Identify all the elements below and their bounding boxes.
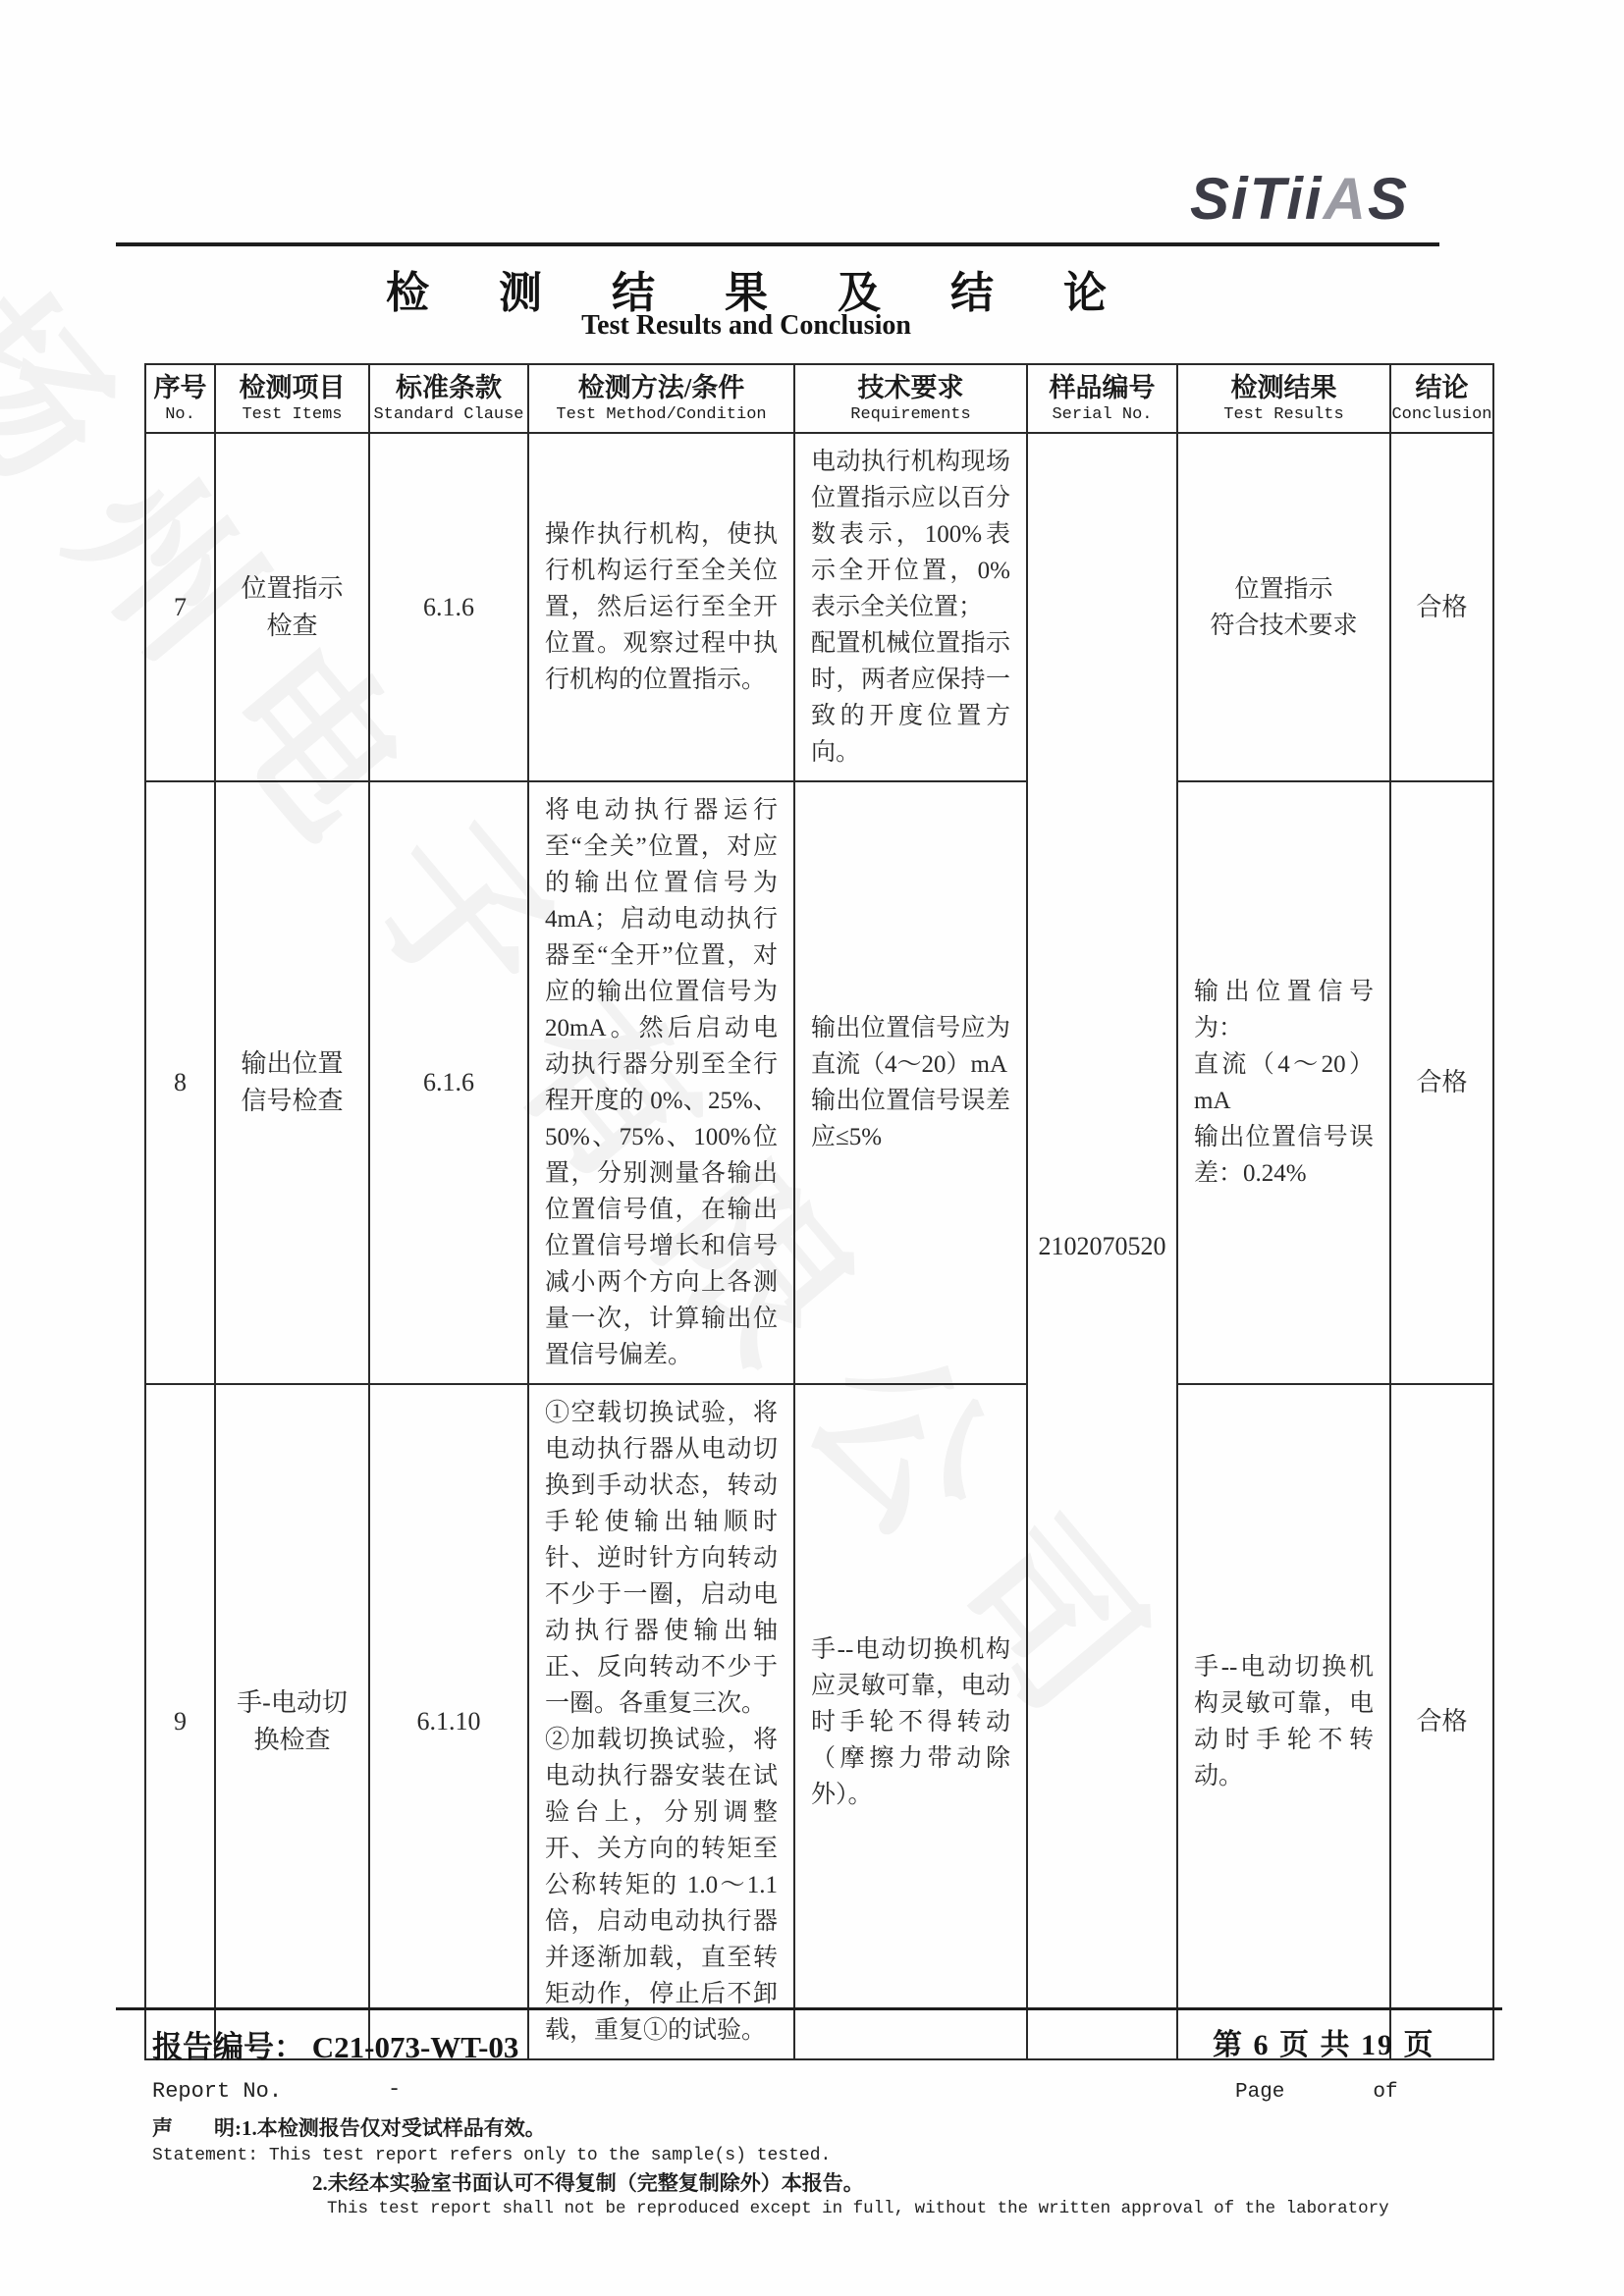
report-page: 扬州电子有限公司 SiTiiAS 检 测 结 果 及 结 论 Test Resu…: [0, 0, 1624, 2296]
table-header-row: 序号 No. 检测项目 Test Items 标准条款 Standard Cla…: [145, 364, 1493, 433]
logo-text-part2: S: [1368, 166, 1409, 232]
report-number: 报告编号： C21-073-WT-03: [152, 2022, 518, 2066]
statement-en-line1: Statement: This test report refers only …: [152, 2146, 831, 2165]
row9-requirements: 手--电动切换机构应灵敏可靠，电动时手轮不得转动（摩擦力带动除外）。: [794, 1384, 1027, 2059]
test-results-table: 序号 No. 检测项目 Test Items 标准条款 Standard Cla…: [144, 363, 1494, 2060]
sitiias-logo: SiTiiAS: [1190, 165, 1409, 233]
logo-text-accent: A: [1324, 166, 1368, 232]
row9-test-item: 手-电动切 换检查: [215, 1384, 369, 2059]
col-header-serial: 样品编号 Serial No.: [1027, 364, 1177, 433]
row7-requirements: 电动执行机构现场位置指示应以百分数表示，100%表示全开位置，0%表示全关位置；…: [794, 433, 1027, 781]
footer-divider: [116, 2007, 1502, 2010]
col-header-conclusion-cn: 结论: [1391, 371, 1492, 404]
row7-conclusion: 合格: [1390, 433, 1493, 781]
page-title-en: Test Results and Conclusion: [0, 310, 1492, 342]
row7-test-item: 位置指示 检查: [215, 433, 369, 781]
col-header-method-cn: 检测方法/条件: [529, 371, 793, 404]
row8-no: 8: [145, 781, 215, 1384]
col-header-requirements-en: Requirements: [795, 404, 1026, 426]
col-header-conclusion: 结论 Conclusion: [1390, 364, 1493, 433]
page-indicator-cn: 第 6 页 共 19 页: [1213, 2020, 1435, 2063]
report-number-en-label: Report No.: [152, 2079, 282, 2104]
logo-text-part1: SiTii: [1190, 166, 1324, 232]
col-header-conclusion-en: Conclusion: [1391, 404, 1492, 426]
row9-conclusion: 合格: [1390, 1384, 1493, 2059]
row8-conclusion: 合格: [1390, 781, 1493, 1384]
header-divider: [116, 242, 1439, 246]
row7-standard-clause: 6.1.6: [369, 433, 528, 781]
table-row-9: 9 手-电动切 换检查 6.1.10 ①空载切换试验，将电动执行器从电动切换到手…: [145, 1384, 1493, 2059]
row8-test-result: 输出位置信号为： 直流（4～20）mA 输出位置信号误差：0.24%: [1177, 781, 1390, 1384]
col-header-clause: 标准条款 Standard Clause: [369, 364, 528, 433]
statement-cn-line2: 2.未经本实验室书面认可不得复制（完整复制除外）本报告。: [312, 2167, 864, 2197]
col-header-clause-cn: 标准条款: [370, 371, 527, 404]
col-header-item-en: Test Items: [216, 404, 368, 426]
row9-standard-clause: 6.1.10: [369, 1384, 528, 2059]
col-header-item: 检测项目 Test Items: [215, 364, 369, 433]
page-indicator-en: Page of: [1235, 2081, 1461, 2104]
col-header-result-en: Test Results: [1178, 404, 1389, 426]
row7-test-method: 操作执行机构，使执行机构运行至全关位置，然后运行至全开位置。观察过程中执行机构的…: [528, 433, 794, 781]
col-header-serial-en: Serial No.: [1028, 404, 1176, 426]
row8-test-item: 输出位置 信号检查: [215, 781, 369, 1384]
col-header-requirements: 技术要求 Requirements: [794, 364, 1027, 433]
row8-test-method: 将电动执行器运行至“全关”位置，对应的输出位置信号为 4mA；启动电动执行器至“…: [528, 781, 794, 1384]
row9-test-method: ①空载切换试验，将电动执行器从电动切换到手动状态，转动手轮使输出轴顺时针、逆时针…: [528, 1384, 794, 2059]
table-row-8: 8 输出位置 信号检查 6.1.6 将电动执行器运行至“全关”位置，对应的输出位…: [145, 781, 1493, 1384]
report-number-en-value: -: [388, 2077, 401, 2102]
row7-no: 7: [145, 433, 215, 781]
col-header-serial-cn: 样品编号: [1028, 371, 1176, 404]
col-header-no: 序号 No.: [145, 364, 215, 433]
row9-no: 9: [145, 1384, 215, 2059]
col-header-item-cn: 检测项目: [216, 371, 368, 404]
row7-test-result: 位置指示 符合技术要求: [1177, 433, 1390, 781]
col-header-requirements-cn: 技术要求: [795, 371, 1026, 404]
row8-standard-clause: 6.1.6: [369, 781, 528, 1384]
statement-cn-line1: 声 明:1.本检测报告仅对受试样品有效。: [152, 2112, 546, 2142]
row8-requirements: 输出位置信号应为直流（4～20）mA 输出位置信号误差应≤5%: [794, 781, 1027, 1384]
col-header-clause-en: Standard Clause: [370, 404, 527, 426]
col-header-method-en: Test Method/Condition: [529, 404, 793, 426]
col-header-method: 检测方法/条件 Test Method/Condition: [528, 364, 794, 433]
page-en-of: of: [1373, 2081, 1397, 2104]
page-en-label: Page: [1235, 2081, 1284, 2104]
col-header-result-cn: 检测结果: [1178, 371, 1389, 404]
col-header-result: 检测结果 Test Results: [1177, 364, 1390, 433]
serial-no-cell: 2102070520: [1027, 433, 1177, 2059]
col-header-no-en: No.: [146, 404, 214, 426]
table-row-7: 7 位置指示 检查 6.1.6 操作执行机构，使执行机构运行至全关位置，然后运行…: [145, 433, 1493, 781]
statement-en-line2: This test report shall not be reproduced…: [327, 2199, 1389, 2218]
row9-test-result: 手--电动切换机构灵敏可靠，电动时手轮不转动。: [1177, 1384, 1390, 2059]
col-header-no-cn: 序号: [146, 371, 214, 404]
